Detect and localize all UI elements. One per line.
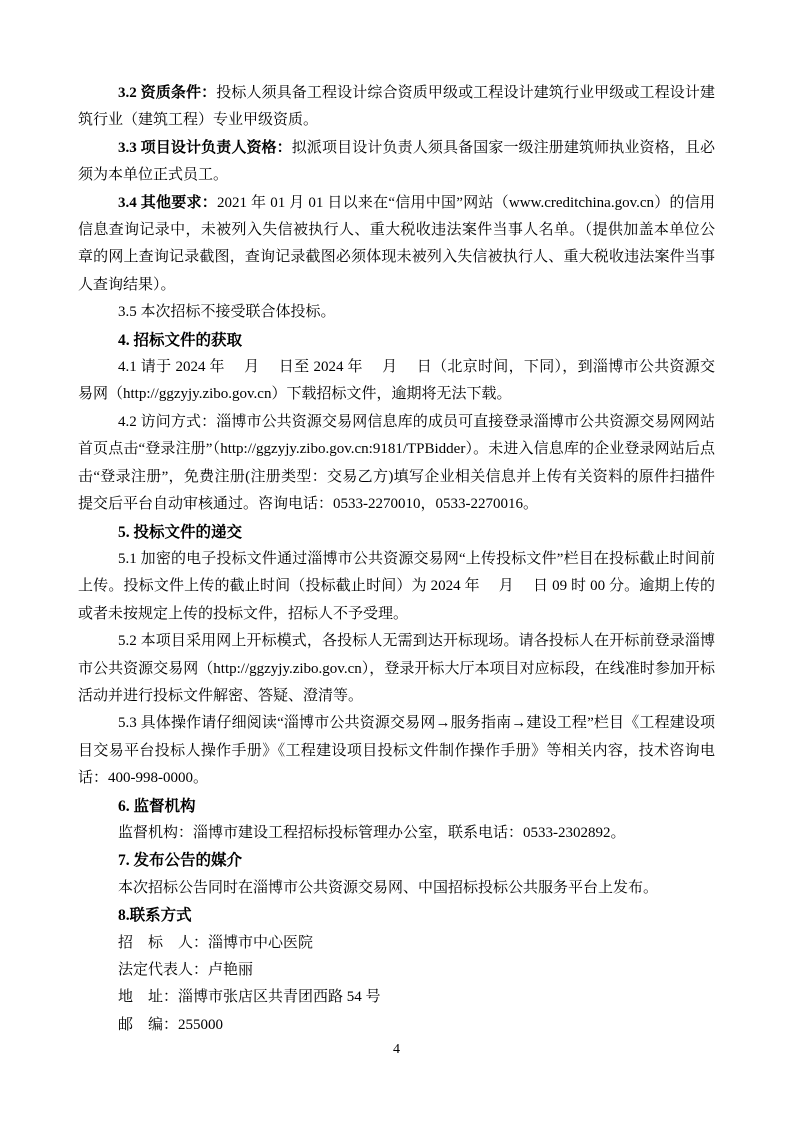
paragraph: 5.3 具体操作请仔细阅读“淄博市公共资源交易网→服务指南→建设工程”栏目《工程… bbox=[78, 710, 715, 792]
paragraph-lead: 3.2 资质条件： bbox=[118, 85, 216, 101]
paragraph: 3.4 其他要求：2021 年 01 月 01 日以来在“信用中国”网站（www… bbox=[78, 190, 715, 300]
paragraph-lead: 3.3 项目设计负责人资格： bbox=[118, 140, 292, 156]
paragraph: 3.3 项目设计负责人资格：拟派项目设计负责人须具备国家一级注册建筑师执业资格，… bbox=[78, 135, 715, 190]
paragraph: 本次招标公告同时在淄博市公共资源交易网、中国招标投标公共服务平台上发布。 bbox=[78, 875, 715, 902]
paragraph-text: 邮 编：255000 bbox=[118, 1017, 223, 1033]
paragraph-text: 4.1 请于 2024 年 月 日至 2024 年 月 日（北京时间，下同），到… bbox=[78, 359, 715, 402]
paragraph: 4.1 请于 2024 年 月 日至 2024 年 月 日（北京时间，下同），到… bbox=[78, 354, 715, 409]
paragraph: 4.2 访问方式：淄博市公共资源交易网信息库的成员可直接登录淄博市公共资源交易网… bbox=[78, 409, 715, 519]
paragraph: 5.2 本项目采用网上开标模式，各投标人无需到达开标现场。请各投标人在开标前登录… bbox=[78, 628, 715, 710]
paragraph-text: 3.5 本次招标不接受联合体投标。 bbox=[118, 304, 336, 320]
contact-line: 邮 编：255000 bbox=[78, 1012, 715, 1039]
paragraph-text: 本次招标公告同时在淄博市公共资源交易网、中国招标投标公共服务平台上发布。 bbox=[118, 880, 658, 896]
document-page: 3.2 资质条件：投标人须具备工程设计综合资质甲级或工程设计建筑行业甲级或工程设… bbox=[0, 0, 793, 1122]
paragraph-text: 监督机构：淄博市建设工程招标投标管理办公室，联系电话：0533-2302892。 bbox=[118, 825, 626, 841]
contact-line: 地 址：淄博市张店区共青团西路 54 号 bbox=[78, 984, 715, 1011]
page-number: 4 bbox=[0, 1042, 793, 1058]
paragraph: 3.5 本次招标不接受联合体投标。 bbox=[78, 299, 715, 326]
section-heading: 4. 招标文件的获取 bbox=[78, 327, 715, 354]
paragraph: 5.1 加密的电子投标文件通过淄博市公共资源交易网“上传投标文件”栏目在投标截止… bbox=[78, 546, 715, 628]
paragraph-lead: 3.4 其他要求： bbox=[118, 195, 217, 211]
section-heading: 8.联系方式 bbox=[78, 902, 715, 929]
paragraph-text: 6. 监督机构 bbox=[118, 798, 196, 815]
paragraph-text: 法定代表人：卢艳丽 bbox=[118, 962, 253, 978]
paragraph: 3.2 资质条件：投标人须具备工程设计综合资质甲级或工程设计建筑行业甲级或工程设… bbox=[78, 80, 715, 135]
paragraph-text: 5.3 具体操作请仔细阅读“淄博市公共资源交易网→服务指南→建设工程”栏目《工程… bbox=[78, 715, 715, 786]
paragraph-text: 8.联系方式 bbox=[118, 907, 192, 924]
paragraph-text: 5.1 加密的电子投标文件通过淄博市公共资源交易网“上传投标文件”栏目在投标截止… bbox=[78, 551, 715, 622]
contact-line: 招 标 人：淄博市中心医院 bbox=[78, 930, 715, 957]
paragraph: 监督机构：淄博市建设工程招标投标管理办公室，联系电话：0533-2302892。 bbox=[78, 820, 715, 847]
document-body: 3.2 资质条件：投标人须具备工程设计综合资质甲级或工程设计建筑行业甲级或工程设… bbox=[78, 80, 715, 1039]
section-heading: 6. 监督机构 bbox=[78, 793, 715, 820]
section-heading: 7. 发布公告的媒介 bbox=[78, 847, 715, 874]
section-heading: 5. 投标文件的递交 bbox=[78, 519, 715, 546]
paragraph-text: 地 址：淄博市张店区共青团西路 54 号 bbox=[118, 989, 381, 1005]
paragraph-text: 5. 投标文件的递交 bbox=[118, 524, 242, 541]
paragraph-text: 5.2 本项目采用网上开标模式，各投标人无需到达开标现场。请各投标人在开标前登录… bbox=[78, 633, 715, 704]
paragraph-text: 4.2 访问方式：淄博市公共资源交易网信息库的成员可直接登录淄博市公共资源交易网… bbox=[78, 414, 715, 512]
paragraph-text: 4. 招标文件的获取 bbox=[118, 332, 242, 349]
contact-line: 法定代表人：卢艳丽 bbox=[78, 957, 715, 984]
paragraph-text: 7. 发布公告的媒介 bbox=[118, 852, 242, 869]
paragraph-text: 招 标 人：淄博市中心医院 bbox=[118, 935, 313, 951]
